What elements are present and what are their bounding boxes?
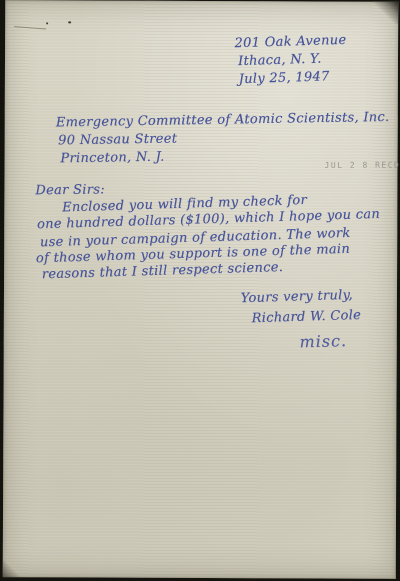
staple-mark — [68, 21, 71, 23]
staple-mark — [46, 22, 48, 24]
salutation: Dear Sirs: — [35, 182, 105, 198]
sender-address-block: 201 Oak Avenue Ithaca, N. Y. July 25, 19… — [234, 32, 348, 89]
sender-street: 201 Oak Avenue — [234, 32, 346, 53]
closing: Yours very truly, — [240, 288, 353, 306]
paper-corner-shadow — [372, 2, 398, 24]
received-date-stamp: JUL 2 8 RECD — [325, 161, 400, 170]
letter-date: July 25, 1947 — [235, 68, 347, 89]
signature: Richard W. Cole — [251, 308, 361, 326]
letter-paper: 201 Oak Avenue Ithaca, N. Y. July 25, 19… — [3, 0, 399, 579]
recipient-address-block: Emergency Committee of Atomic Scientists… — [56, 109, 391, 169]
misc-annotation: misc. — [299, 331, 347, 351]
paper-corner-shadow — [3, 559, 23, 577]
scratch-mark — [14, 26, 46, 29]
